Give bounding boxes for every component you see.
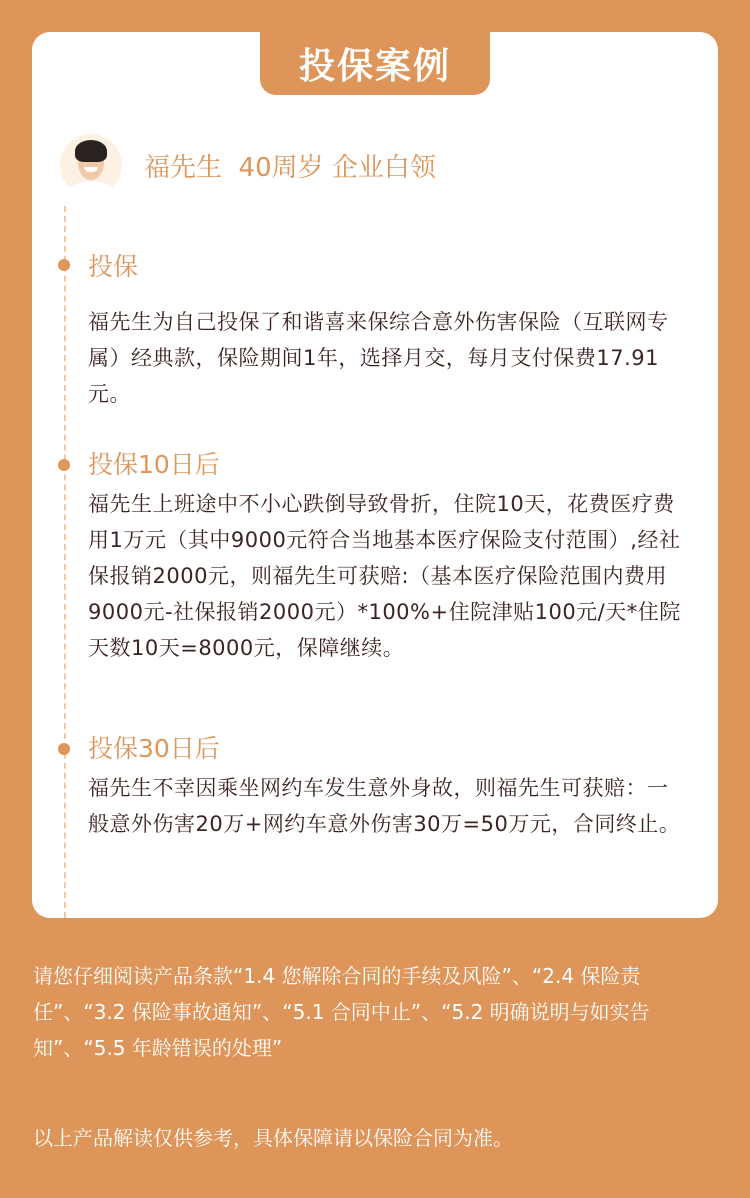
section-body: 福先生为自己投保了和谐喜来保综合意外伤害保险（互联网专属）经典款，保险期间1年，… [88,304,688,412]
section-title: 投保 [88,250,688,284]
timeline-section-purchase: 投保 福先生为自己投保了和谐喜来保综合意外伤害保险（互联网专属）经典款，保险期间… [88,250,688,412]
customer-info: 福先生 40周岁 企业白领 [144,147,436,184]
case-card: 投保案例 福先生 40周岁 企业白领 投保 福先生为自己投保了和谐喜来保综合意外… [32,32,718,918]
section-title: 投保10日后 [88,448,688,482]
avatar [60,134,122,196]
timeline-section-day10: 投保10日后 福先生上班途中不小心跌倒导致骨折，住院10天，花费医疗费用1万元（… [88,448,688,666]
customer-profile: 福先生 40周岁 企业白领 [60,134,436,196]
section-body: 福先生不幸因乘坐网约车发生意外身故，则福先生可获赔：一般意外伤害20万+网约车意… [88,770,688,842]
section-title: 投保30日后 [88,732,688,766]
timeline-dot-icon [58,743,70,755]
disclaimer: 以上产品解读仅供参考，具体保障请以保险合同为准。 [33,1120,723,1156]
terms-notice: 请您仔细阅读产品条款“1.4 您解除合同的手续及风险”、“2.4 保险责任”、“… [33,958,723,1066]
timeline-dashed-line [64,206,66,918]
timeline-dot-icon [58,459,70,471]
timeline-dot-icon [58,259,70,271]
case-title: 投保案例 [299,38,451,89]
section-body: 福先生上班途中不小心跌倒导致骨折，住院10天，花费医疗费用1万元（其中9000元… [88,486,688,666]
timeline-section-day30: 投保30日后 福先生不幸因乘坐网约车发生意外身故，则福先生可获赔：一般意外伤害2… [88,732,688,842]
case-title-tab: 投保案例 [260,32,490,95]
